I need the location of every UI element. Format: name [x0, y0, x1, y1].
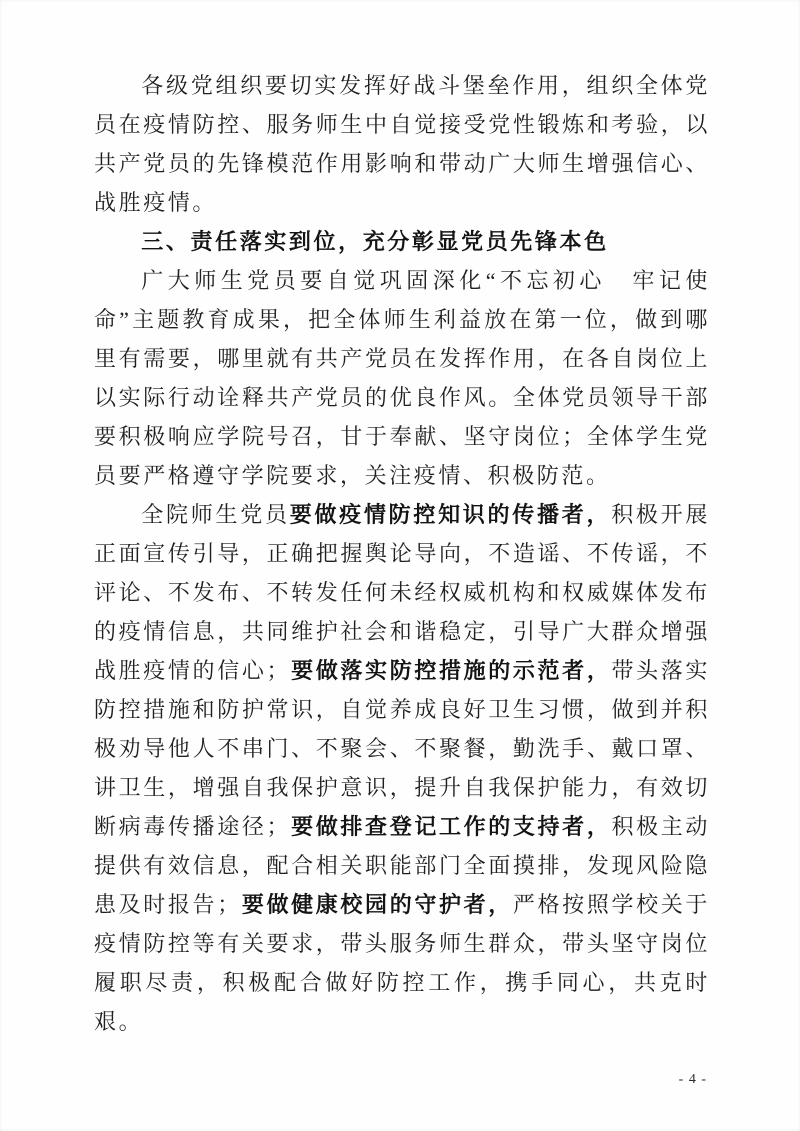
- emphasized-text: 要做落实防控措施的示范者，: [291, 658, 611, 683]
- emphasized-text: 要做疫情防控知识的传播者，: [290, 502, 612, 527]
- emphasized-text: 要做排查登记工作的支持者，: [291, 814, 611, 839]
- section-heading: 三、责任落实到位，充分彰显党员先锋本色: [94, 222, 710, 261]
- emphasized-text: 三、责任落实到位，充分彰显党员先锋本色: [141, 229, 608, 254]
- paragraph: 广大师生党员要自觉巩固深化“不忘初心 牢记使命”主题教育成果，把全体师生利益放在…: [94, 261, 710, 495]
- document-body: 各级党组织要切实发挥好战斗堡垒作用，组织全体党员在疫情防控、服务师生中自觉接受党…: [94, 66, 710, 1041]
- text-run: 各级党组织要切实发挥好战斗堡垒作用，组织全体党员在疫情防控、服务师生中自觉接受党…: [94, 73, 710, 215]
- document-page: 各级党组织要切实发挥好战斗堡垒作用，组织全体党员在疫情防控、服务师生中自觉接受党…: [0, 0, 800, 1131]
- text-run: 全院师生党员: [141, 502, 289, 527]
- text-run: 广大师生党员要自觉巩固深化“不忘初心 牢记使命”主题教育成果，把全体师生利益放在…: [94, 268, 710, 488]
- emphasized-text: 要做健康校园的守护者，: [242, 892, 513, 917]
- text-run: 带头落实防控措施和防护常识，自觉养成良好卫生习惯，做到并积极劝导他人不串门、不聚…: [94, 658, 710, 839]
- paragraph: 全院师生党员要做疫情防控知识的传播者，积极开展正面宣传引导，正确把握舆论导向，不…: [94, 495, 710, 1041]
- text-run: 积极开展正面宣传引导，正确把握舆论导向，不造谣、不传谣，不评论、不发布、不转发任…: [94, 502, 710, 683]
- paragraph: 各级党组织要切实发挥好战斗堡垒作用，组织全体党员在疫情防控、服务师生中自觉接受党…: [94, 66, 710, 222]
- page-number: - 4 -: [679, 1072, 707, 1088]
